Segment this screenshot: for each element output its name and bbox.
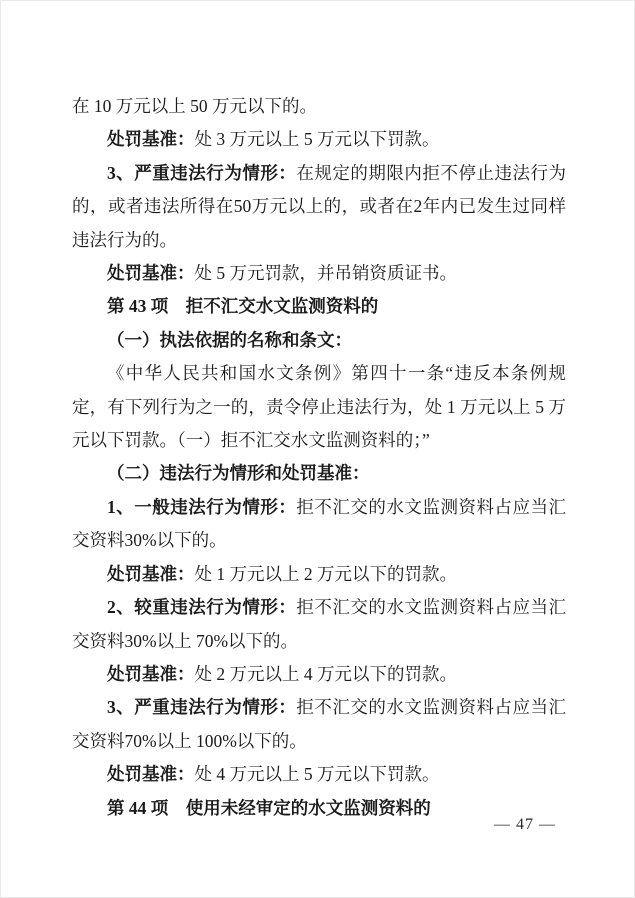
document-page: 在 10 万元以上 50 万元以下的。处罚基准：处 3 万元以上 5 万元以下罚…: [0, 0, 635, 898]
serious-violation-item43: 3、严重违法行为情形：拒不汇交的水文监测资料占应当汇交资料70%以上 100%以…: [72, 691, 566, 758]
text-run: 处 5 万元罚款，并吊销资质证书。: [195, 263, 458, 283]
item-43-heading: 第 43 项 拒不汇交水文监测资料的: [72, 290, 566, 323]
emphasis-run: 处罚基准：: [107, 263, 195, 283]
emphasis-run: 2、较重违法行为情形：: [107, 597, 296, 617]
serious-violation-item42: 3、严重违法行为情形：在规定的期限内拒不停止违法行为的，或者违法所得在50万元以…: [72, 157, 566, 257]
emphasis-run: 处罚基准：: [107, 129, 195, 149]
document-body: 在 10 万元以上 50 万元以下的。处罚基准：处 3 万元以上 5 万元以下罚…: [72, 90, 566, 825]
penalty-standard-4: 处罚基准：处 2 万元以上 4 万元以下的罚款。: [72, 658, 566, 691]
legal-basis-quote: 《中华人民共和国水文条例》第四十一条“违反本条例规定，有下列行为之一的，责令停止…: [72, 357, 566, 457]
emphasis-run: 3、严重违法行为情形：: [107, 163, 296, 183]
text-run: 在 10 万元以上 50 万元以下的。: [72, 96, 317, 116]
penalty-standard-3: 处罚基准：处 1 万元以上 2 万元以下的罚款。: [72, 558, 566, 591]
section-1-heading: （一）执法依据的名称和条文：: [72, 324, 566, 357]
emphasis-run: 处罚基准：: [107, 764, 195, 784]
text-run: 处 4 万元以上 5 万元以下罚款。: [195, 764, 440, 784]
penalty-standard-5: 处罚基准：处 4 万元以上 5 万元以下罚款。: [72, 758, 566, 791]
page-number: — 47 —: [494, 815, 556, 835]
item-44-heading: 第 44 项 使用未经审定的水文监测资料的: [72, 792, 566, 825]
penalty-standard-2: 处罚基准：处 5 万元罚款，并吊销资质证书。: [72, 257, 566, 290]
emphasis-run: 第 44 项 使用未经审定的水文监测资料的: [107, 798, 431, 818]
emphasis-run: 处罚基准：: [107, 664, 195, 684]
emphasis-run: 1、一般违法行为情形：: [107, 497, 296, 517]
general-violation: 1、一般违法行为情形：拒不汇交的水文监测资料占应当汇交资料30%以下的。: [72, 491, 566, 558]
fine-range-continuation: 在 10 万元以上 50 万元以下的。: [72, 90, 566, 123]
penalty-standard-1: 处罚基准：处 3 万元以上 5 万元以下罚款。: [72, 123, 566, 156]
moderate-violation: 2、较重违法行为情形：拒不汇交的水文监测资料占应当汇交资料30%以上 70%以下…: [72, 591, 566, 658]
emphasis-run: （二）违法行为情形和处罚基准：: [107, 463, 370, 483]
emphasis-run: 第 43 项 拒不汇交水文监测资料的: [107, 296, 378, 316]
emphasis-run: （一）执法依据的名称和条文：: [107, 330, 352, 350]
emphasis-run: 处罚基准：: [107, 564, 195, 584]
text-run: 处 1 万元以上 2 万元以下的罚款。: [195, 564, 458, 584]
text-run: 《中华人民共和国水文条例》第四十一条“违反本条例规定，有下列行为之一的，责令停止…: [72, 363, 566, 450]
text-run: 处 2 万元以上 4 万元以下的罚款。: [195, 664, 458, 684]
text-run: 处 3 万元以上 5 万元以下罚款。: [195, 129, 440, 149]
emphasis-run: 3、严重违法行为情形：: [107, 697, 296, 717]
section-2-heading: （二）违法行为情形和处罚基准：: [72, 457, 566, 490]
